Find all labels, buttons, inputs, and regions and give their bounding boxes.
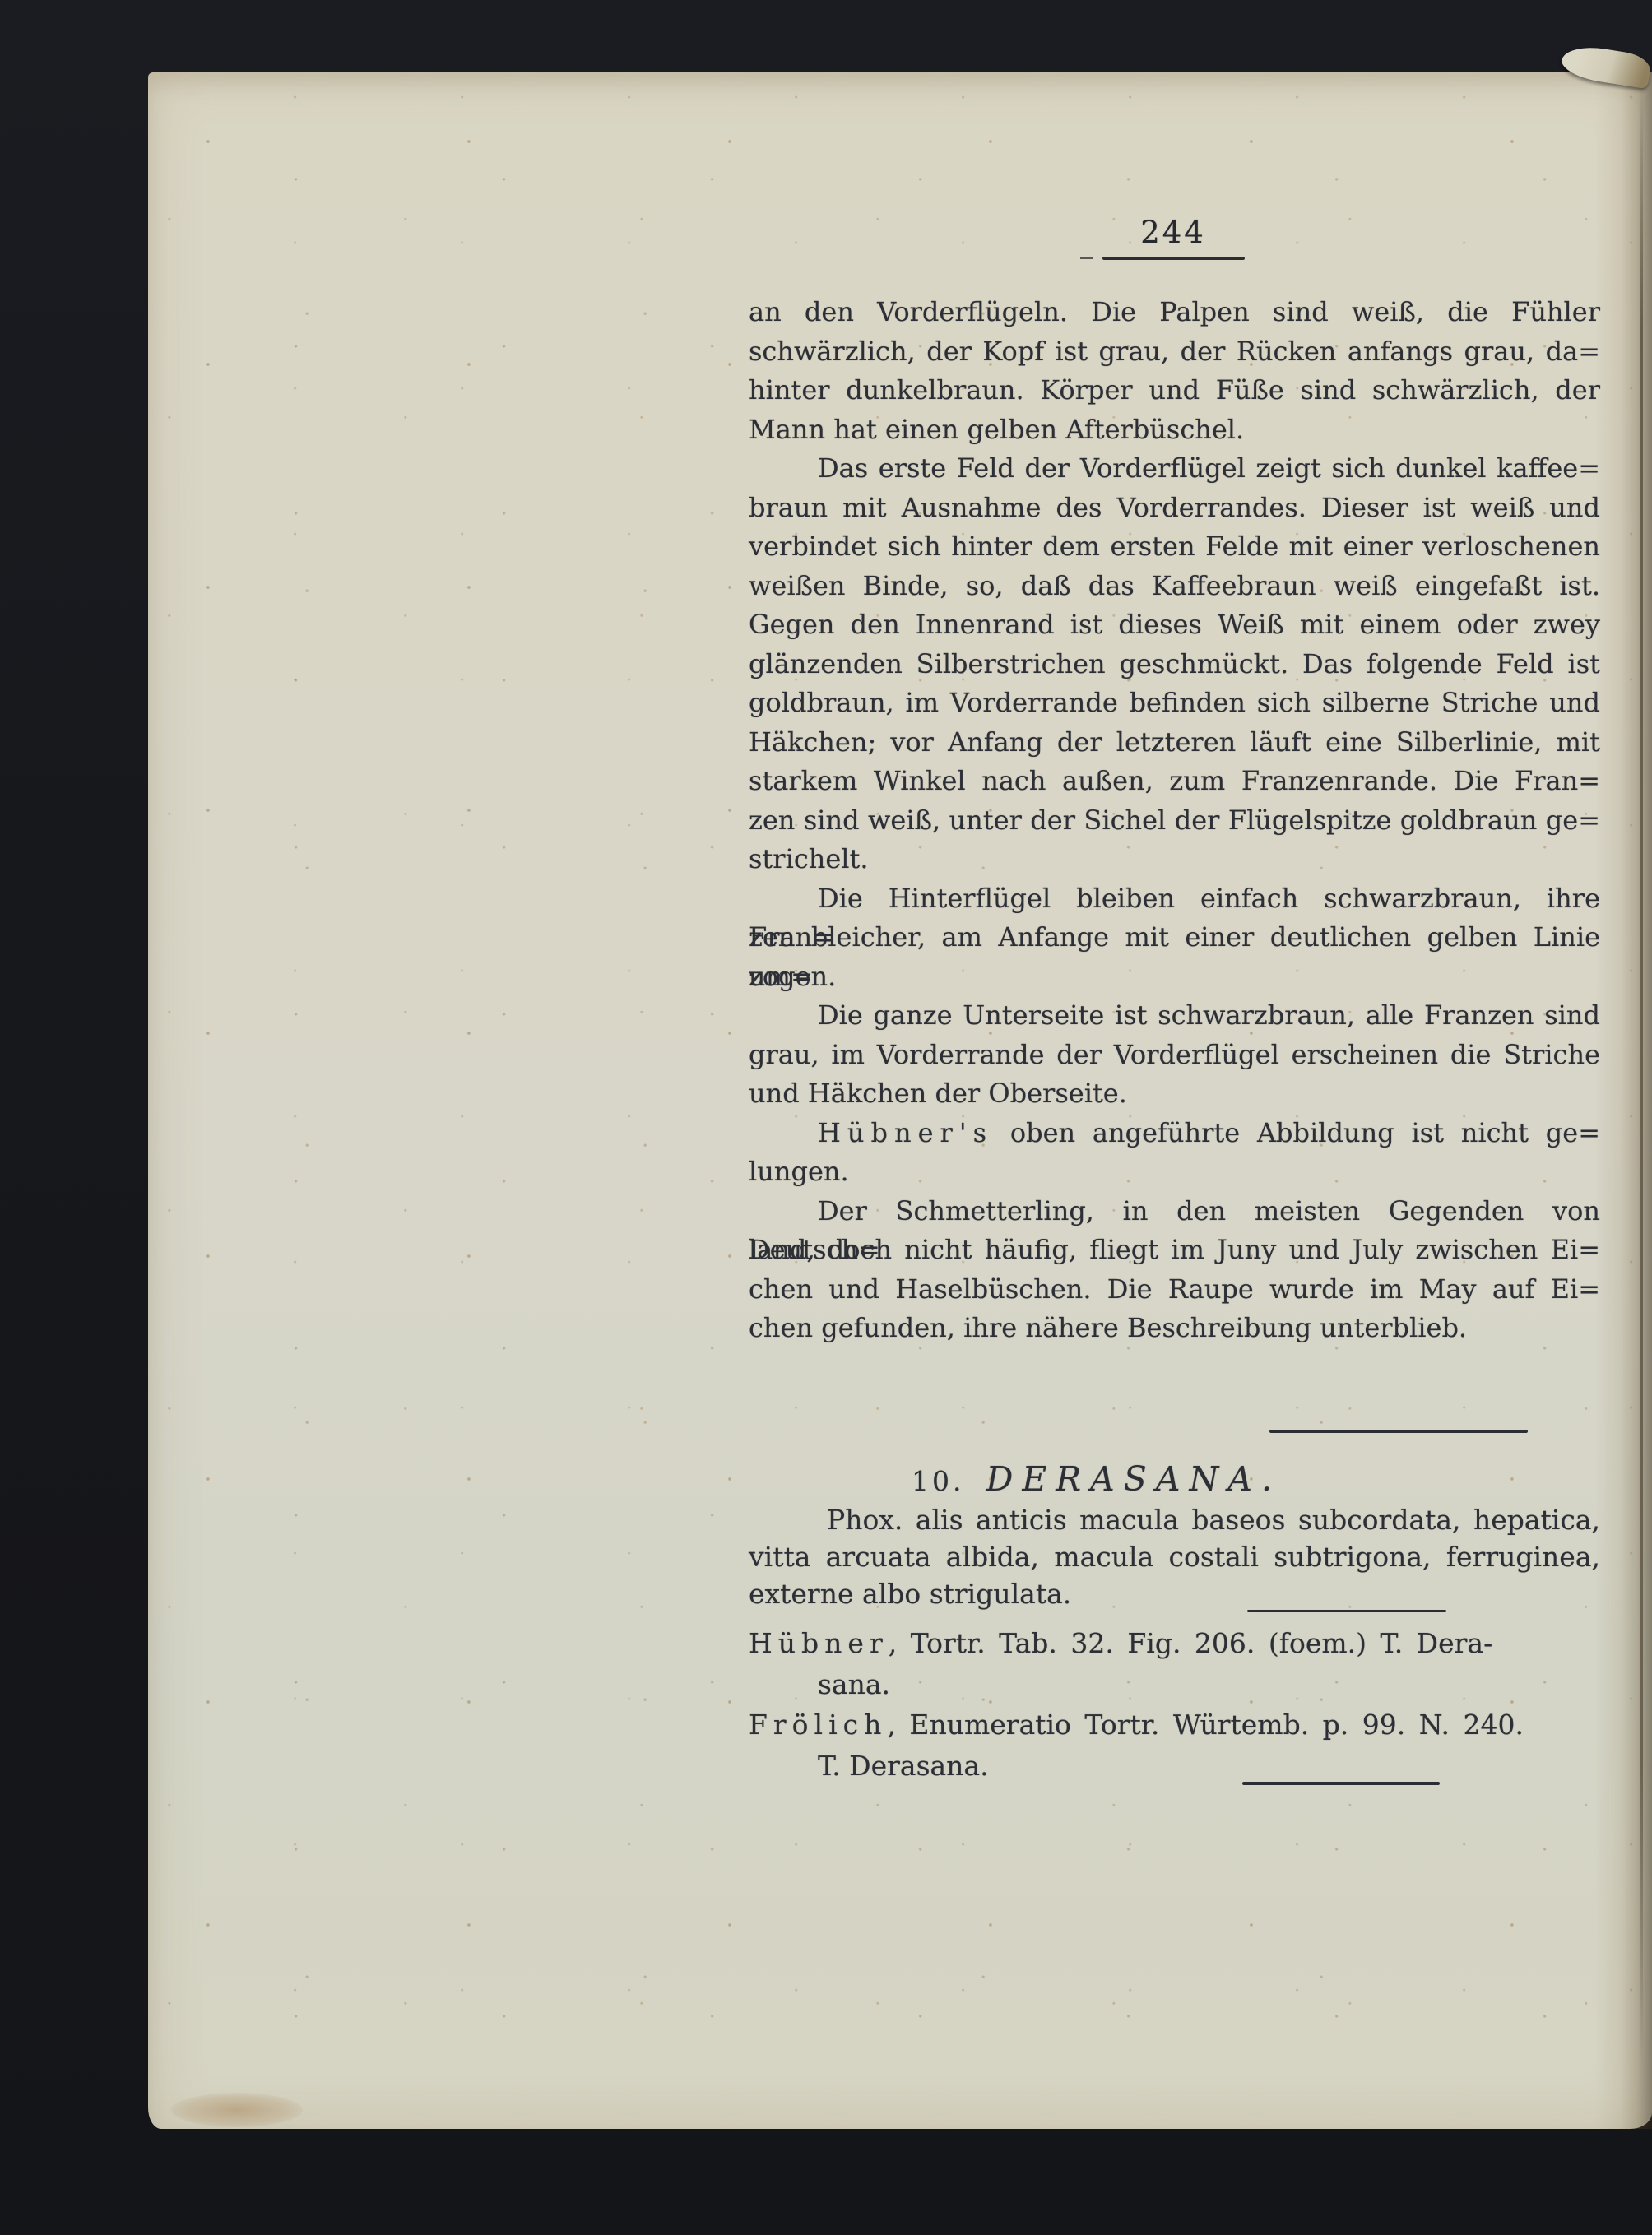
references: Hübner, Tortr. Tab. 32. Fig. 206. (foem.… [749, 1623, 1637, 1786]
reference-line: Hübner, Tortr. Tab. 32. Fig. 206. (foem.… [749, 1623, 1637, 1664]
reference-continuation: T. Derasana. [749, 1746, 1637, 1787]
text-line: starkem Winkel nach außen, zum Franzenra… [749, 762, 1600, 801]
text-line: weißen Binde, so, daß das Kaffeebraun we… [749, 567, 1600, 606]
page-number-dash [1080, 257, 1093, 259]
text-line: vitta arcuata albida, macula costali sub… [749, 1538, 1600, 1575]
page-number: 244 [1094, 215, 1252, 250]
section-heading: 10. DERASANA. [912, 1459, 1281, 1499]
text-line: Die Hinterflügel bleiben einfach schwarz… [749, 879, 1600, 919]
text-line: glänzenden Silberstrichen geschmückt. Da… [749, 645, 1600, 684]
curled-corner [1560, 43, 1652, 89]
body-text: an den Vorderflügeln. Die Palpen sind we… [749, 293, 1600, 1348]
text-line: schwärzlich, der Kopf ist grau, der Rück… [749, 332, 1600, 372]
reference-divider [1247, 1610, 1446, 1612]
page-edge-line [1640, 89, 1643, 2063]
text-line: grau, im Vorderrande der Vorderflügel er… [749, 1036, 1600, 1075]
text-line: Phox. alis anticis macula baseos subcord… [749, 1501, 1600, 1538]
text-line: goldbraun, im Vorderrande befinden sich … [749, 684, 1600, 723]
text-line: land, doch nicht häufig, fliegt im Juny … [749, 1231, 1600, 1270]
paper-stain [171, 2093, 303, 2127]
text-line: Gegen den Innenrand ist dieses Weiß mit … [749, 605, 1600, 645]
scanned-book-photo: 244 an den Vorderflügeln. Die Palpen sin… [0, 0, 1652, 2235]
text-line: Häkchen; vor Anfang der letzteren läuft … [749, 723, 1600, 763]
reference-line: Frölich, Enumeratio Tortr. Würtemb. p. 9… [749, 1704, 1637, 1746]
text-line: hinter dunkelbraun. Körper und Füße sind… [749, 371, 1600, 410]
end-divider [1242, 1782, 1440, 1785]
section-divider [1269, 1430, 1528, 1433]
species-title: DERASANA. [986, 1459, 1281, 1499]
text-line: braun mit Ausnahme des Vorderrandes. Die… [749, 489, 1600, 528]
species-number: 10. [912, 1465, 964, 1497]
text-line: Hübner's oben angeführte Abbildung ist n… [749, 1114, 1600, 1153]
book-fore-edge-shadow [1594, 72, 1652, 2129]
reference-continuation: sana. [749, 1664, 1637, 1705]
letterspaced-name: Hübner's [818, 1117, 993, 1148]
page-number-rule [1102, 257, 1245, 260]
text-line: Die ganze Unterseite ist schwarzbraun, a… [749, 996, 1600, 1036]
reference-author: Frölich [749, 1709, 887, 1741]
text-line: zen sind weiß, unter der Sichel der Flüg… [749, 801, 1600, 841]
text-line: chen und Haselbüschen. Die Raupe wurde i… [749, 1270, 1600, 1310]
text-line: Das erste Feld der Vorderflügel zeigt si… [749, 449, 1600, 489]
text-line: zen bleicher, am Anfange mit einer deutl… [749, 918, 1600, 958]
text-line: Der Schmetterling, in den meisten Gegend… [749, 1192, 1600, 1231]
text-line: an den Vorderflügeln. Die Palpen sind we… [749, 293, 1600, 332]
book-page: 244 an den Vorderflügeln. Die Palpen sin… [148, 72, 1652, 2129]
reference-author: Hübner [749, 1627, 889, 1659]
text-line: verbindet sich hinter dem ersten Felde m… [749, 527, 1600, 567]
latin-diagnosis: Phox. alis anticis macula baseos subcord… [749, 1501, 1600, 1612]
